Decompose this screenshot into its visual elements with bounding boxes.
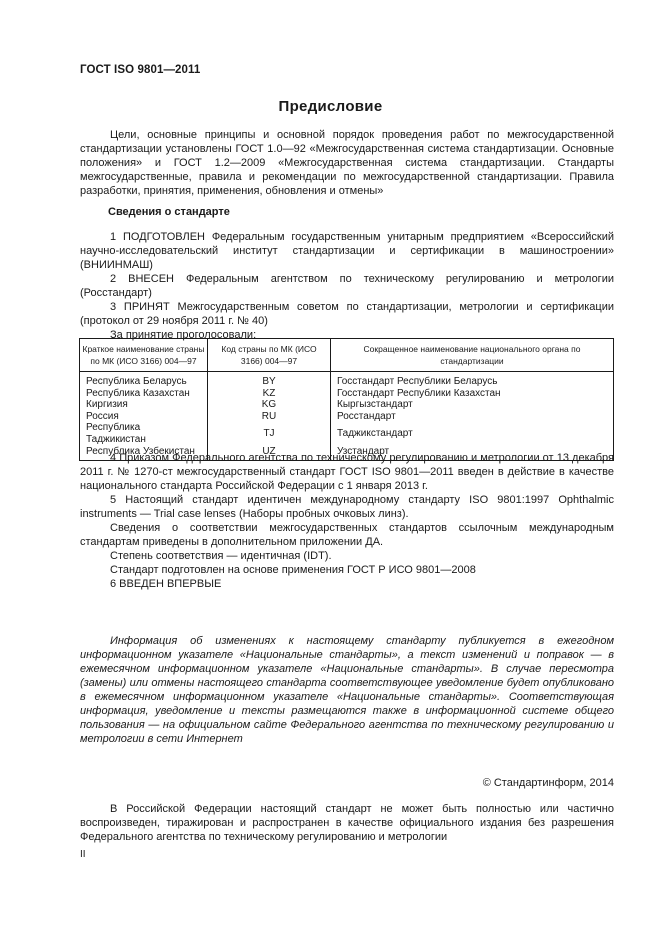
info-item-1: 1 ПОДГОТОВЛЕН Федеральным государственны… <box>80 230 614 272</box>
info-item-6: 6 ВВЕДЕН ВПЕРВЫЕ <box>80 577 614 591</box>
basis-info: Стандарт подготовлен на основе применени… <box>80 563 614 577</box>
body-cell: Таджикстандарт <box>331 422 614 445</box>
info-heading: Сведения о стандарте <box>108 206 230 218</box>
column-header-body: Сокращенное наименование национального о… <box>331 339 614 372</box>
code-cell: BY <box>208 372 331 388</box>
amendments-notice-text: Информация об изменениях к настоящему ст… <box>80 635 614 745</box>
info-item-5: 5 Настоящий стандарт идентичен междунаро… <box>80 493 614 521</box>
body-cell: Госстандарт Республики Беларусь <box>331 372 614 388</box>
table-header-row: Краткое наименование страны по МК (ИСО 3… <box>80 339 614 372</box>
intro-text: Цели, основные принципы и основной поряд… <box>80 129 614 197</box>
table-row: Республика Беларусь BY Госстандарт Респу… <box>80 372 614 388</box>
page-number: II <box>80 849 86 860</box>
info-item-2: 2 ВНЕСЕН Федеральным агентством по техни… <box>80 272 614 300</box>
country-cell: Киргизия <box>80 399 208 411</box>
code-cell: KZ <box>208 388 331 400</box>
table-row: Россия RU Росстандарт <box>80 411 614 423</box>
info-item-4: 4 Приказом Федерального агентства по тех… <box>80 451 614 493</box>
amendments-notice: Информация об изменениях к настоящему ст… <box>80 634 614 746</box>
conformity-info: Сведения о соответствии межгосударственн… <box>80 521 614 549</box>
body-cell: Кыргызстандарт <box>331 399 614 411</box>
table-row: Киргизия KG Кыргызстандарт <box>80 399 614 411</box>
info-item-3: 3 ПРИНЯТ Межгосударственным советом по с… <box>80 300 614 328</box>
legal-notice-text: В Российской Федерации настоящий стандар… <box>80 803 614 843</box>
page-title: Предисловие <box>0 98 661 115</box>
standard-info: 1 ПОДГОТОВЛЕН Федеральным государственны… <box>80 230 614 342</box>
voting-countries-table: Краткое наименование страны по МК (ИСО 3… <box>79 338 614 461</box>
body-cell: Росстандарт <box>331 411 614 423</box>
column-header-code: Код страны по МК (ИСО 3166) 004—97 <box>208 339 331 372</box>
column-header-country: Краткое наименование страны по МК (ИСО 3… <box>80 339 208 372</box>
standard-info-continued: 4 Приказом Федерального агентства по тех… <box>80 451 614 591</box>
table-row: Республика Таджикистан TJ Таджикстандарт <box>80 422 614 445</box>
code-cell: RU <box>208 411 331 423</box>
intro-paragraph: Цели, основные принципы и основной поряд… <box>80 128 614 198</box>
copyright: © Стандартинформ, 2014 <box>483 777 614 789</box>
conformity-degree: Степень соответствия — идентичная (IDT). <box>80 549 614 563</box>
country-cell: Республика Таджикистан <box>80 422 208 445</box>
body-cell: Госстандарт Республики Казахстан <box>331 388 614 400</box>
document-code: ГОСТ ISO 9801—2011 <box>80 64 200 76</box>
table-row: Республика Казахстан KZ Госстандарт Респ… <box>80 388 614 400</box>
country-cell: Республика Беларусь <box>80 372 208 388</box>
country-cell: Россия <box>80 411 208 423</box>
legal-notice: В Российской Федерации настоящий стандар… <box>80 802 614 844</box>
code-cell: KG <box>208 399 331 411</box>
country-cell: Республика Казахстан <box>80 388 208 400</box>
code-cell: TJ <box>208 422 331 445</box>
